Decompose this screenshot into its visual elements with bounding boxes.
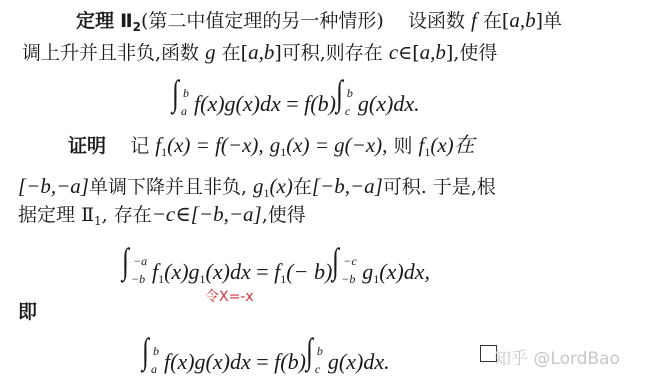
- proof-line-1: 证明 记 f1(x) = f(−x), g1(x) = g(−x), 则 f1(…: [68, 133, 475, 164]
- coefficient: f(b): [304, 91, 336, 116]
- text: ∈[: [398, 42, 419, 64]
- text: 据定理: [18, 204, 75, 226]
- integral-sign: ∫−c−b: [332, 251, 362, 291]
- theorem-title: (第二中值定理的另一种情形): [141, 10, 384, 32]
- text: 则: [393, 135, 412, 157]
- integral-sign: ∫bc: [336, 83, 358, 123]
- integral-sign: ∫ba: [172, 83, 194, 123]
- coefficient: f(b): [274, 349, 306, 374]
- integrand: f1(x)g1(x)dx: [152, 259, 251, 284]
- math-interval: [−b,−a]: [18, 174, 89, 198]
- math-var: c: [389, 40, 398, 64]
- proof-label: 证明: [68, 135, 106, 157]
- math-var: g: [205, 40, 216, 64]
- theorem-label: 定理: [76, 10, 114, 32]
- proof-line-2: [−b,−a]单调下降并且非负, g1(x)在[−b,−a]可积. 于是,根: [18, 174, 496, 205]
- math-interval: [−b,−a]: [312, 174, 383, 198]
- math-interval: a,b: [420, 40, 446, 64]
- proof-equation: ∫−a−bf1(x)g1(x)dx = f1(− b)∫−c−bg1(x)dx,: [122, 251, 430, 293]
- theorem-equation: ∫baf(x)g(x)dx = f(b)∫bcg(x)dx.: [172, 83, 420, 123]
- equals-sign: =: [286, 91, 298, 116]
- text: ]单: [536, 10, 562, 32]
- integral-sign: ∫−a−b: [122, 251, 152, 291]
- final-equation: ∫baf(x)g(x)dx = f(b)∫bcg(x)dx.: [142, 341, 390, 381]
- text: , 存在: [102, 204, 152, 226]
- text: 在: [293, 176, 312, 198]
- theorem-number: Ⅱ2: [120, 10, 141, 32]
- integrand: f(x)g(x)dx: [194, 91, 281, 116]
- math-expr: f1(x)在: [419, 133, 475, 157]
- integrand: g(x)dx.: [358, 91, 420, 116]
- text: 单调下降并且非负,: [89, 176, 247, 198]
- text: ,使得: [262, 204, 306, 226]
- text: ],使得: [446, 42, 497, 64]
- math-interval: a,b: [509, 8, 535, 32]
- text: 在[: [222, 42, 248, 64]
- integrand: g1(x)dx,: [362, 259, 430, 284]
- watermark: 知乎 @LordBao: [494, 344, 620, 369]
- coefficient: f1(− b): [274, 259, 332, 284]
- substitution-annotation: 令X=-x: [205, 286, 254, 306]
- math-expr: g1(x): [253, 174, 293, 198]
- text: 在[: [483, 10, 509, 32]
- conclusion-label: 即: [18, 300, 37, 324]
- text: 设函数: [408, 10, 465, 32]
- integrand: f(x)g(x)dx: [164, 349, 251, 374]
- theorem-line-1: 定理 Ⅱ2(第二中值定理的另一种情形) 设函数 f 在[a,b]单: [76, 8, 562, 39]
- equals-sign: =: [256, 259, 268, 284]
- theorem-line-2: 调上升并且非负,函数 g 在[a,b]可积,则存在 c∈[a,b],使得: [22, 40, 497, 65]
- equals-sign: =: [256, 349, 268, 374]
- text: 可积. 于是,根: [383, 176, 496, 198]
- text: ]可积,则存在: [274, 42, 382, 64]
- math-expr: g1(x) = g(−x),: [270, 133, 388, 157]
- math-expr: f1(x) = f(−x),: [155, 133, 263, 157]
- text: 调上升并且非负,函数: [22, 42, 199, 64]
- theorem-ref: Ⅱ1: [81, 204, 102, 226]
- math-var: f: [471, 8, 477, 32]
- proof-line-3: 据定理 Ⅱ1, 存在−c∈[−b,−a],使得: [18, 202, 306, 233]
- integral-sign: ∫bc: [306, 341, 328, 381]
- integrand: g(x)dx.: [328, 349, 390, 374]
- math-interval: a,b: [248, 40, 274, 64]
- math-expr: −c∈[−b,−a]: [152, 202, 262, 226]
- integral-sign: ∫ba: [142, 341, 164, 381]
- text: 记: [130, 135, 149, 157]
